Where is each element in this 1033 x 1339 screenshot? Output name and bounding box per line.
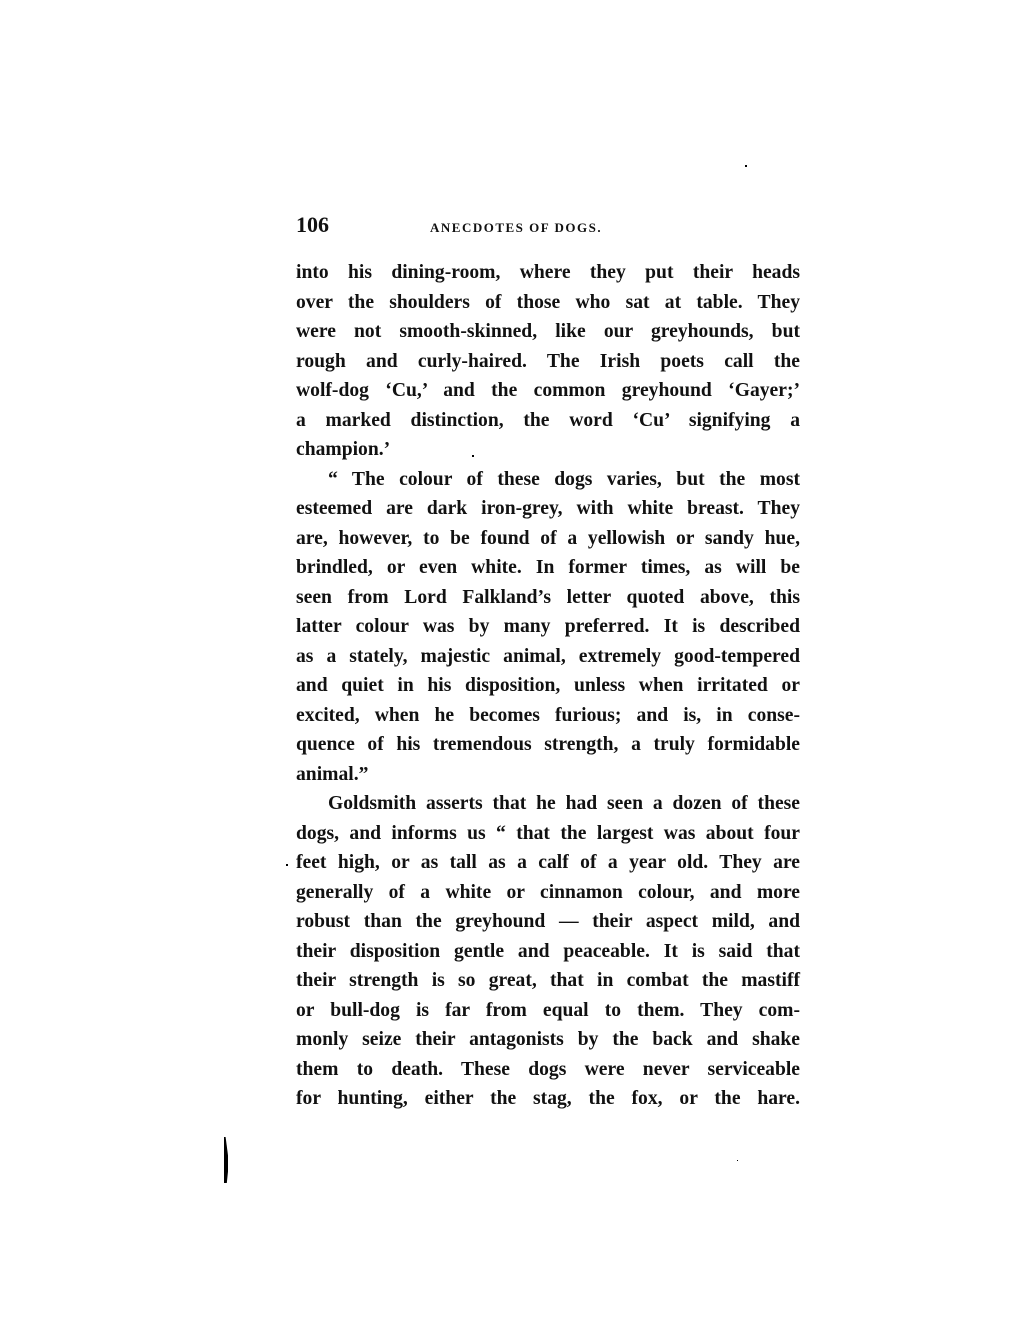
- scanned-book-page: 106 ANECDOTES OF DOGS. into his dining-r…: [0, 0, 1033, 1339]
- scan-speck: [286, 864, 288, 866]
- text-line: are, however, to be found of a yellowish…: [296, 524, 800, 554]
- text-line: feet high, or as tall as a calf of a yea…: [296, 848, 800, 878]
- text-line: for hunting, either the stag, the fox, o…: [296, 1084, 800, 1114]
- binding-edge-mark: [224, 1137, 228, 1183]
- scan-speck: [737, 1160, 738, 1161]
- paragraph: “ The colour of these dogs varies, but t…: [296, 465, 800, 790]
- scan-speck: [745, 165, 747, 167]
- text-line: dogs, and informs us “ that the largest …: [296, 819, 800, 849]
- text-line: quence of his tremendous strength, a tru…: [296, 730, 800, 760]
- running-title: ANECDOTES OF DOGS.: [430, 220, 602, 236]
- paragraph: into his dining-room, where they put the…: [296, 258, 800, 465]
- text-line: their strength is so great, that in comb…: [296, 966, 800, 996]
- text-line: excited, when he becomes furious; and is…: [296, 701, 800, 731]
- text-line: a marked distinction, the word ‘Cu’ sign…: [296, 406, 800, 436]
- text-line: champion.’: [296, 435, 800, 465]
- text-line: or bull-dog is far from equal to them. T…: [296, 996, 800, 1026]
- text-line: generally of a white or cinnamon colour,…: [296, 878, 800, 908]
- text-line: wolf-dog ‘Cu,’ and the common greyhound …: [296, 376, 800, 406]
- text-line: monly seize their antagonists by the bac…: [296, 1025, 800, 1055]
- text-line: esteemed are dark iron-grey, with white …: [296, 494, 800, 524]
- text-line: their disposition gentle and peaceable. …: [296, 937, 800, 967]
- text-line: “ The colour of these dogs varies, but t…: [296, 465, 800, 495]
- text-line: seen from Lord Falkland’s letter quoted …: [296, 583, 800, 613]
- text-line: them to death. These dogs were never ser…: [296, 1055, 800, 1085]
- text-line: brindled, or even white. In former times…: [296, 553, 800, 583]
- text-line: latter colour was by many preferred. It …: [296, 612, 800, 642]
- text-line: and quiet in his disposition, unless whe…: [296, 671, 800, 701]
- text-line: as a stately, majestic animal, extremely…: [296, 642, 800, 672]
- text-line: over the shoulders of those who sat at t…: [296, 288, 800, 318]
- text-line: rough and curly-haired. The Irish poets …: [296, 347, 800, 377]
- text-line: Goldsmith asserts that he had seen a doz…: [296, 789, 800, 819]
- page-number: 106: [296, 212, 329, 238]
- running-head: 106 ANECDOTES OF DOGS.: [296, 212, 800, 242]
- body-text: into his dining-room, where they put the…: [296, 258, 800, 1114]
- text-line: were not smooth-skinned, like our greyho…: [296, 317, 800, 347]
- scan-speck: [472, 455, 474, 457]
- text-line: robust than the greyhound — their aspect…: [296, 907, 800, 937]
- text-line: into his dining-room, where they put the…: [296, 258, 800, 288]
- paragraph: Goldsmith asserts that he had seen a doz…: [296, 789, 800, 1114]
- text-line: animal.”: [296, 760, 800, 790]
